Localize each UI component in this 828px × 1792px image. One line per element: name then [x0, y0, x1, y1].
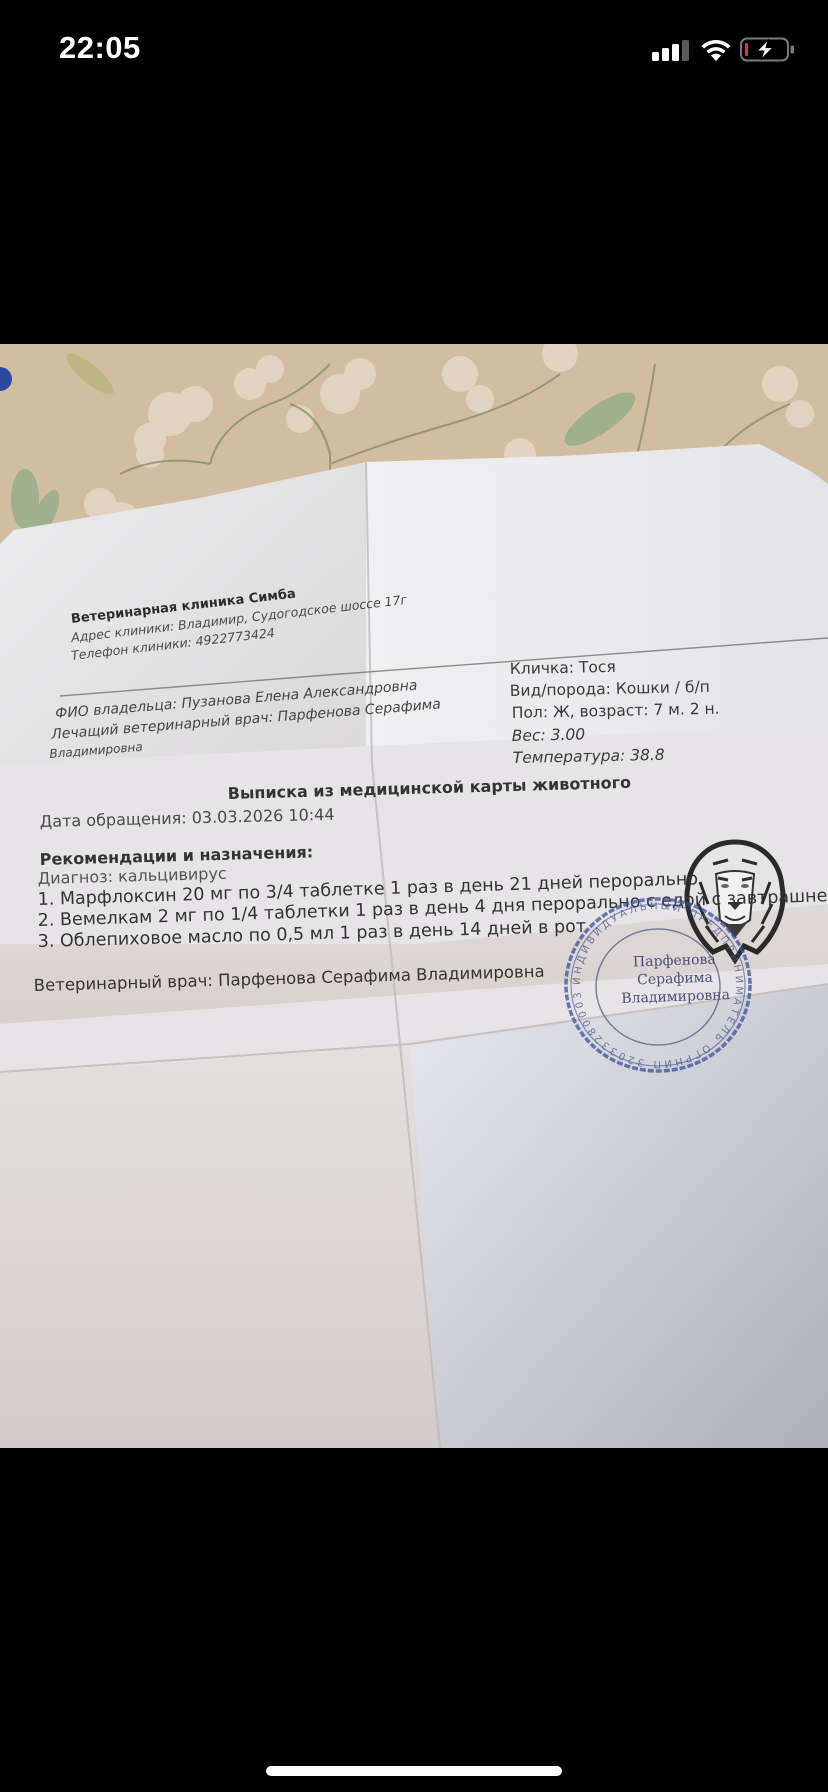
pet-weight: Вес: 3.00	[512, 725, 586, 745]
home-indicator[interactable]	[266, 1766, 562, 1776]
document-photo[interactable]: Ветеринарная клиника Симба Адрес клиники…	[0, 344, 828, 1448]
medical-record-document: Ветеринарная клиника Симба Адрес клиники…	[0, 344, 828, 1448]
status-time: 22:05	[59, 30, 141, 66]
pet-temperature: Температура: 38.8	[513, 746, 665, 767]
doctor-signature-line: Ветеринарный врач: Парфенова Серафима Вл…	[33, 962, 544, 995]
pet-sex-age: Пол: Ж, возраст: 7 м. 2 н.	[512, 700, 720, 722]
cellular-signal-icon	[652, 39, 690, 61]
stamp-name: Парфенова Серафима Владимировна	[609, 950, 741, 1009]
attending-doctor-cont: Владимировна	[49, 740, 143, 761]
wifi-icon	[700, 36, 732, 62]
visit-date: Дата обращения: 03.03.2026 10:44	[40, 805, 335, 831]
pet-species: Вид/порода: Кошки / б/п	[510, 678, 710, 700]
document-title: Выписка из медицинской карты животного	[227, 773, 631, 803]
status-bar: 22:05	[0, 0, 828, 100]
pet-name: Кличка: Тося	[510, 658, 616, 678]
battery-charging-icon	[740, 37, 796, 62]
